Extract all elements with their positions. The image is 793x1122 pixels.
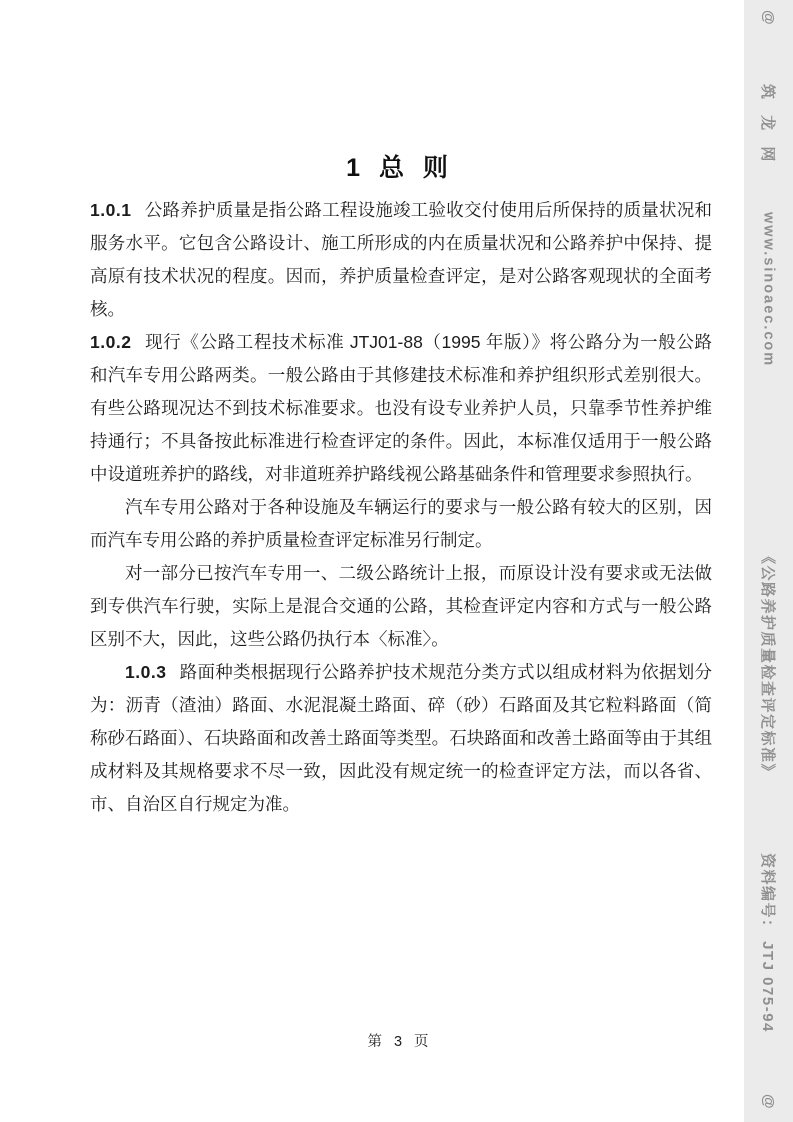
clause-text: 路面种类根据现行公路养护技术规范分类方式以组成材料为依据划分为：沥青（渣油）路面… (90, 662, 712, 814)
watermark-doc-number: 资料编号： JTJ 075-94 (758, 853, 779, 1033)
paragraph-continuation: 汽车专用公路对于各种设施及车辆运行的要求与一般公路有较大的区别，因而汽车专用公路… (90, 491, 712, 557)
paragraph-1-0-3: 1.0.3路面种类根据现行公路养护技术规范分类方式以组成材料为依据划分为：沥青（… (90, 656, 712, 821)
clause-text: 公路养护质量是指公路工程设施竣工验收交付使用后所保持的质量状况和服务水平。它包含… (90, 200, 712, 319)
paragraph-1-0-2: 1.0.2现行《公路工程技术标准 JTJ01-88（1995 年版）》将公路分为… (90, 326, 712, 491)
page-title: 1 总 则 (90, 148, 710, 184)
page-number: 第 3 页 (90, 1030, 710, 1051)
document-page: 1 总 则 1.0.1公路养护质量是指公路工程设施竣工验收交付使用后所保持的质量… (0, 0, 744, 1122)
paragraph-1-0-1: 1.0.1公路养护质量是指公路工程设施竣工验收交付使用后所保持的质量状况和服务水… (90, 194, 712, 326)
clause-number: 1.0.1 (90, 200, 131, 220)
document-body: 1.0.1公路养护质量是指公路工程设施竣工验收交付使用后所保持的质量状况和服务水… (90, 194, 712, 821)
clause-number: 1.0.3 (125, 662, 166, 682)
clause-text: 现行《公路工程技术标准 JTJ01-88（1995 年版）》将公路分为一般公路和… (90, 332, 712, 484)
watermark-site-name: 筑 龙 网 (758, 84, 779, 167)
clause-text: 汽车专用公路对于各种设施及车辆运行的要求与一般公路有较大的区别，因而汽车专用公路… (90, 497, 712, 550)
clause-text: 对一部分已按汽车专用一、二级公路统计上报，而原设计没有要求或无法做到专供汽车行驶… (90, 563, 712, 649)
watermark-sidebar: @ 筑 龙 网 www.sinoaec.com 《公路养护质量检查评定标准》 资… (744, 0, 793, 1122)
at-symbol-top: @ (760, 10, 777, 25)
watermark-doc-title: 《公路养护质量检查评定标准》 (758, 549, 779, 780)
paragraph-continuation: 对一部分已按汽车专用一、二级公路统计上报，而原设计没有要求或无法做到专供汽车行驶… (90, 557, 712, 656)
at-symbol-bottom: @ (760, 1094, 777, 1109)
watermark-site-url: www.sinoaec.com (761, 212, 777, 367)
clause-number: 1.0.2 (90, 332, 131, 352)
